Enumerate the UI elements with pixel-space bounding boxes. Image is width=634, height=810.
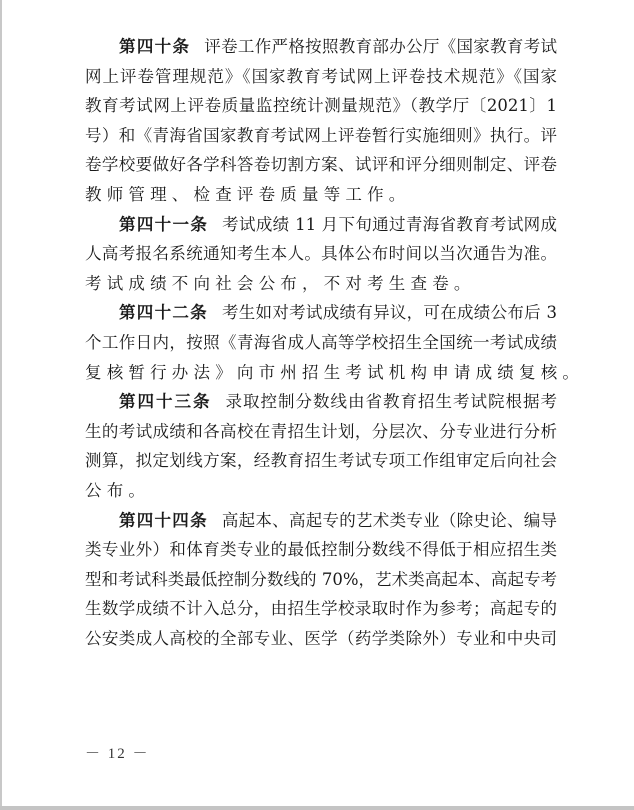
article-line: 测算，拟定划线方案，经教育招生考试专项工作组审定后向社会 [85,446,557,476]
article-40: 第四十条评卷工作严格按照教育部办公厅《国家教育考试 网上评卷管理规范》《国家教育… [85,32,557,210]
page-edge-left [0,0,2,810]
article-line: 生数学成绩不计入总分，由招生学校录取时作为参考；高起专的 [85,594,557,624]
article-line: 卷学校要做好各学科答卷切割方案、试评和评分细则制定、评卷 [85,150,557,180]
article-line: 第四十四条高起本、高起专的艺术类专业（除史论、编导 [85,506,557,536]
article-line: 考试成绩不向社会公布，不对考生查卷。 [85,269,557,299]
article-line: 生的考试成绩和各高校在青招生计划，分层次、分专业进行分析 [85,417,557,447]
article-43: 第四十三条录取控制分数线由省教育招生考试院根据考 生的考试成绩和各高校在青招生计… [85,387,557,505]
article-line: 型和考试科类最低控制分数线的 70%，艺术类高起本、高起专考 [85,565,557,595]
article-line: 公安类成人高校的全部专业、医学（药学类除外）专业和中央司 [85,624,557,654]
article-line: 类专业外）和体育类专业的最低控制分数线不得低于相应招生类 [85,535,557,565]
document-body: 第四十条评卷工作严格按照教育部办公厅《国家教育考试 网上评卷管理规范》《国家教育… [85,32,557,653]
article-41: 第四十一条考试成绩 11 月下旬通过青海省教育考试网成 人高考报名系统通知考生本… [85,210,557,299]
article-line: 公布。 [85,476,557,506]
article-line: 第四十二条考生如对考试成绩有异议，可在成绩公布后 3 [85,298,557,328]
article-label: 第四十二条 [119,303,208,322]
article-label: 第四十一条 [119,215,208,234]
article-line: 教师管理、检查评卷质量等工作。 [85,180,557,210]
page-number: － 12 － [85,742,150,763]
article-line: 个工作日内，按照《青海省成人高等学校招生全国统一考试成绩 [85,328,557,358]
article-42: 第四十二条考生如对考试成绩有异议，可在成绩公布后 3 个工作日内，按照《青海省成… [85,298,557,387]
article-line: 号）和《青海省国家教育考试网上评卷暂行实施细则》执行。评 [85,121,557,151]
page-edge-bottom [0,806,634,810]
article-label: 第四十四条 [119,511,208,530]
article-44: 第四十四条高起本、高起专的艺术类专业（除史论、编导 类专业外）和体育类专业的最低… [85,506,557,654]
article-line: 人高考报名系统通知考生本人。具体公布时间以当次通告为准。 [85,239,557,269]
article-line: 第四十条评卷工作严格按照教育部办公厅《国家教育考试 [85,32,557,62]
article-line: 网上评卷管理规范》《国家教育考试网上评卷技术规范》《国家 [85,62,557,92]
article-label: 第四十条 [119,37,190,56]
article-line: 第四十三条录取控制分数线由省教育招生考试院根据考 [85,387,557,417]
article-line: 教育考试网上评卷质量监控统计测量规范》（教学厅〔2021〕1 [85,91,557,121]
article-line: 第四十一条考试成绩 11 月下旬通过青海省教育考试网成 [85,210,557,240]
article-label: 第四十三条 [119,392,212,411]
article-line: 复核暂行办法》向市州招生考试机构申请成绩复核。 [85,358,557,388]
